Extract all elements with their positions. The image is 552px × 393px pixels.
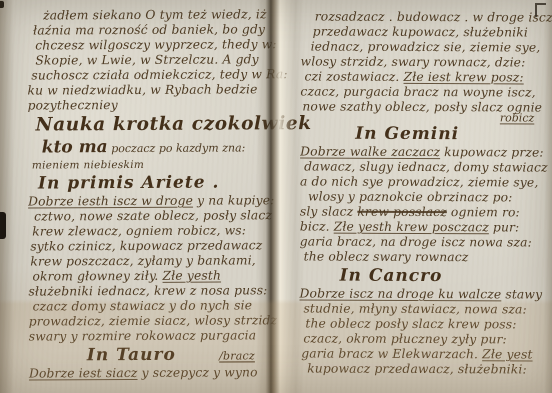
text-segment: Dobrze walke zaczacz <box>300 144 440 159</box>
manuscript-text-line: Dobrze walke zaczacz kupowacz prze: <box>300 144 546 160</box>
manuscript-text-line: sly slacz krew posslacz ogniem ro: <box>300 204 546 220</box>
manuscript-heading: In Tauro/bracz <box>87 343 263 366</box>
text-segment: mieniem niebieskim <box>32 159 144 172</box>
text-segment: suchoscz cziała odmiekczicz, tedy w Ra: <box>31 67 287 82</box>
text-segment: chczesz wilgosczy wyprzecz, thedy w: <box>35 37 277 52</box>
text-segment: y sczepycz y wyno <box>137 365 257 380</box>
text-segment: iednacz, prowadzicz sie, ziemie sye, <box>311 40 541 55</box>
text-segment: kupowacz prze: <box>440 145 544 159</box>
text-segment: czi zostawiacz. <box>304 69 403 83</box>
manuscript-text-line: suchoscz cziała odmiekczicz, tedy w Ra: <box>31 67 261 83</box>
text-segment: żadłem siekano O tym też wiedz, iż <box>43 7 267 22</box>
corner-speck-mark <box>0 1 4 8</box>
text-segment: Złe yesth krew posczacz <box>334 220 489 235</box>
manuscript-text-line: mieniem niebieskim <box>32 157 262 172</box>
manuscript-text-line: iednacz, prowadzicz sie, ziemie sye, <box>311 40 547 56</box>
manuscript-text-line: Dobrze iesth iscz w droge y na kupiye: <box>28 193 262 209</box>
manuscript-text-line: wlosy y paznokcie obrzinacz po: <box>308 190 546 206</box>
manuscript-text-line: kupowacz przedawacz, służebniki: <box>307 362 545 378</box>
text-segment: /bracz <box>219 345 255 367</box>
text-segment: prowadzicz, ziemie siacz, wlosy strzidz <box>29 313 278 328</box>
right-page: rozsadzacz . budowacz . w droge isczprze… <box>291 0 551 378</box>
text-segment: służebniki iednacz, krew z nosa puss: <box>28 283 267 298</box>
manuscript-text-line: chczesz wilgosczy wyprzecz, thedy w: <box>35 37 261 53</box>
text-segment: ogniem ro: <box>447 205 520 219</box>
manuscript-text-line: okrom głowney ziły. Złe yesth <box>32 268 262 284</box>
text-segment: łaźnia ma rozność od baniek, bo gdy <box>33 22 265 37</box>
text-segment: rozsadzacz . budowacz . w droge iscz <box>315 10 552 25</box>
text-segment: krew zlewacz, ogniem robicz, ws: <box>32 223 246 238</box>
text-segment: bicz. <box>300 219 334 233</box>
text-segment: okrom głowney ziły. <box>32 269 162 284</box>
manuscript-text-line: swary y rozmire rokowacz purgacia <box>29 328 263 344</box>
manuscript-text-line: łaźnia ma rozność od baniek, bo gdy <box>33 22 261 38</box>
text-segment: Złe yesth <box>162 269 221 283</box>
text-segment: swary y rozmire rokowacz purgacia <box>29 328 256 343</box>
text-segment: kto ma <box>42 137 108 157</box>
manuscript-text-line: dawacz, slugy iednacz, domy stawiacz <box>304 159 546 175</box>
text-segment: pozytheczniey <box>28 98 118 112</box>
text-segment: Dobrze iest siacz <box>29 366 138 381</box>
text-segment: ku w niedzwiadku, w Rybach bedzie <box>27 82 257 97</box>
text-segment: czacz domy stawiacz y do nych sie <box>33 298 253 313</box>
text-segment: Dobrze iscz na droge ku walcze <box>300 286 502 301</box>
manuscript-text-line: cztwo, nowe szate oblecz, posły slacz <box>34 208 262 224</box>
manuscript-text-line: Dobrze iscz na droge ku walcze stawy <box>300 286 546 302</box>
manuscript-text-line: krew poszczacz, zyłamy y bankami, <box>30 253 262 269</box>
corner-bracket-mark <box>535 3 546 17</box>
text-segment: dawacz, slugy iednacz, domy stawiacz <box>304 159 548 174</box>
manuscript-heading: In primis Ariete . <box>38 171 262 194</box>
manuscript-text-line: rozsadzacz . budowacz . w droge iscz <box>315 10 547 26</box>
text-segment: stawy <box>501 287 542 301</box>
ink-blot-mark <box>0 212 6 239</box>
manuscript-text-line: the oblecz posły slacz krew poss: <box>305 316 545 332</box>
manuscript-text-line: a do nich sye prowadzicz, ziemie sye, <box>300 174 546 190</box>
text-segment: Złe iest krew posz: <box>404 70 524 85</box>
manuscript-text-line: czacz, okrom płuczney zyły pur: <box>303 331 545 347</box>
text-segment: In Tauro <box>87 345 176 365</box>
text-segment: krew posslacz <box>357 205 447 219</box>
manuscript-text-line: studnie, młyny stawiacz, nowa sza: <box>303 301 545 317</box>
text-segment: sly slacz <box>300 204 358 218</box>
text-segment: Złe yest <box>482 347 532 361</box>
manuscript-heading: Nauka krotka czokolwiek <box>36 112 262 137</box>
manuscript-photo: żadłem siekano O tym też wiedz, iżłaźnia… <box>0 0 552 393</box>
manuscript-heading: In Cancro <box>340 265 546 288</box>
manuscript-text-line: krew zlewacz, ogniem robicz, ws: <box>32 223 262 239</box>
text-segment: garia bracz, na droge iscz nowa sza: <box>300 234 532 249</box>
manuscript-text-line: czacz, purgacia bracz na woyne iscz, <box>300 84 546 100</box>
text-segment: a do nich sye prowadzicz, ziemie sye, <box>300 174 538 189</box>
manuscript-text-line: robicz <box>300 112 546 123</box>
manuscript-text-line: Skopie, w Lwie, w Strzelczu. A gdy <box>35 52 261 68</box>
text-segment: kupowacz przedawacz, służebniki: <box>307 362 527 377</box>
text-segment: czacz, purgacia bracz na woyne iscz, <box>300 84 535 99</box>
manuscript-text-line: garia bracz w Elekwarzach. Złe yest <box>301 346 545 362</box>
manuscript-text-line: przedawacz kupowacz, służebniki <box>313 25 547 41</box>
manuscript-text-line: Dobrze iest siacz y sczepycz y wyno <box>29 365 263 381</box>
text-segment: sytko czinicz, kupowacz przedawacz <box>30 238 262 253</box>
text-segment: garia bracz w Elekwarzach. <box>301 346 482 361</box>
manuscript-text-line: ku w niedzwiadku, w Rybach bedzie <box>27 82 261 98</box>
text-segment: the oblecz posły slacz krew poss: <box>305 316 516 331</box>
manuscript-text-line: żadłem siekano O tym też wiedz, iż <box>43 7 261 23</box>
manuscript-text-line: czacz domy stawiacz y do nych sie <box>33 298 263 314</box>
manuscript-text-line: bicz. Złe yesth krew posczacz pur: <box>300 219 546 235</box>
text-segment: In Cancro <box>340 266 443 286</box>
text-segment: wlosy strzidz, swary rownacz, dzie: <box>301 54 526 69</box>
text-segment: the oblecz swary rownacz <box>304 249 469 264</box>
manuscript-text-line: prowadzicz, ziemie siacz, wlosy strzidz <box>29 313 263 329</box>
text-segment: In Gemini <box>355 124 459 144</box>
manuscript-text-line: the oblecz swary rownacz <box>304 249 546 265</box>
manuscript-text-line: garia bracz, na droge iscz nowa sza: <box>300 234 546 250</box>
text-segment: studnie, młyny stawiacz, nowa sza: <box>303 301 526 316</box>
text-segment: krew poszczacz, zyłamy y bankami, <box>30 253 256 268</box>
text-segment: Nauka krotka czokolwiek <box>36 113 312 135</box>
text-segment: y na kupiye: <box>193 193 274 207</box>
left-page: żadłem siekano O tym też wiedz, iżłaźnia… <box>0 0 265 382</box>
manuscript-text-line: czi zostawiacz. Złe iest krew posz: <box>304 69 546 85</box>
manuscript-text-line: wlosy strzidz, swary rownacz, dzie: <box>301 54 547 70</box>
manuscript-heading: kto ma poczacz po kazdym zna: <box>42 136 262 158</box>
text-segment: czacz, okrom płuczney zyły pur: <box>303 331 507 346</box>
text-segment: cztwo, nowe szate oblecz, posły slacz <box>34 208 272 223</box>
text-segment: wlosy y paznokcie obrzinacz po: <box>308 190 513 205</box>
text-segment: poczacz po kazdym zna: <box>108 141 246 155</box>
manuscript-text-line: pozytheczniey <box>28 97 262 113</box>
manuscript-heading: In Gemini <box>355 123 546 146</box>
text-segment: pur: <box>489 220 520 234</box>
text-segment: Dobrze iesth iscz w droge <box>28 194 193 209</box>
manuscript-text-line: sytko czinicz, kupowacz przedawacz <box>30 238 262 254</box>
manuscript-text-line: służebniki iednacz, krew z nosa puss: <box>28 283 262 299</box>
text-segment: In primis Ariete . <box>38 173 220 194</box>
text-segment: przedawacz kupowacz, służebniki <box>313 25 528 40</box>
text-segment: Skopie, w Lwie, w Strzelczu. A gdy <box>35 52 258 67</box>
